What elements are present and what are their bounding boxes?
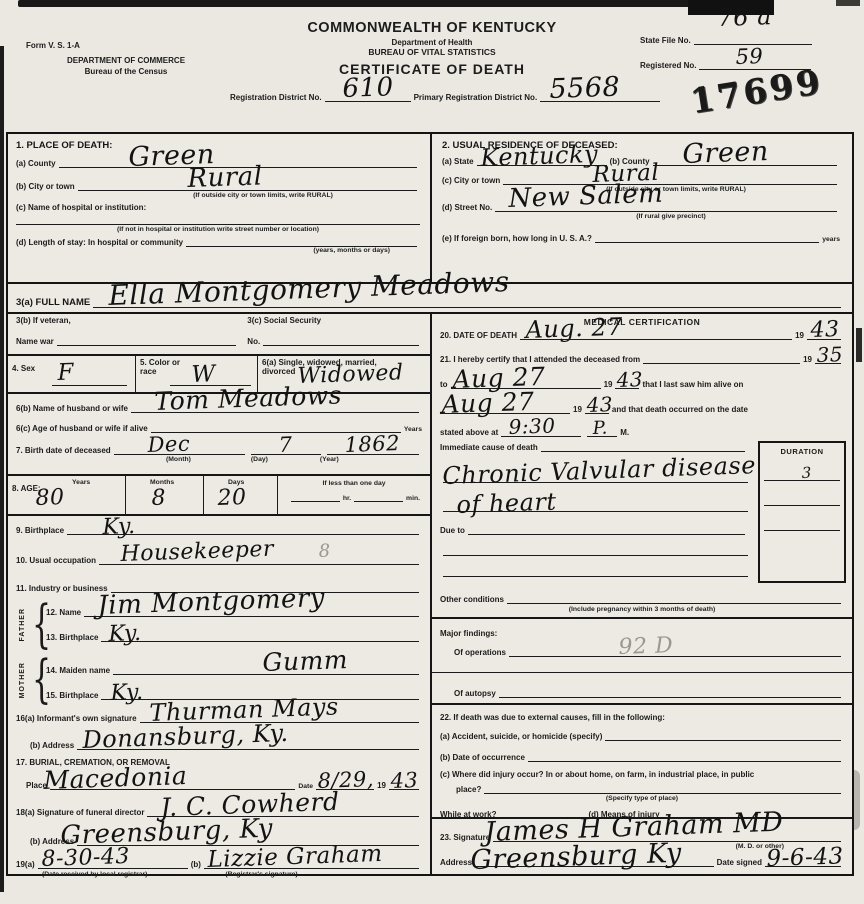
- burial-place-value: Macedonia: [43, 761, 188, 795]
- birth-month-field: Dec: [114, 444, 245, 455]
- file-number-stamp: 17699: [688, 62, 826, 122]
- father-brace-glyph: {: [32, 595, 51, 655]
- res-street-label: (d) Street No.: [442, 203, 492, 212]
- external-c-label-2: place?: [456, 785, 481, 794]
- burial-year-prefix: 19: [377, 781, 386, 790]
- pod-hospital-label: (c) Name of hospital or institution:: [16, 203, 420, 212]
- father-bp-row: 13. Birthplace Ky.: [46, 631, 422, 642]
- certify-ampm-value: P.: [593, 417, 609, 439]
- physician-addr-field: Greensburg Ky: [475, 856, 714, 867]
- external-c-note: (Specify type of place): [440, 795, 844, 802]
- age-months-cell: Months 8: [126, 476, 204, 514]
- full-name-row: 3(a) FULL NAME Ella Montgomery Meadows: [8, 282, 852, 314]
- res-foreign-unit: years: [822, 236, 840, 243]
- external-c-row: place?: [440, 783, 844, 794]
- birth-day-field: 7: [251, 444, 321, 455]
- mother-name-field: Gumm: [113, 664, 419, 675]
- age-min-field: [354, 491, 403, 502]
- dod-year-prefix: 19: [795, 331, 804, 340]
- birth-year-value: 1862: [344, 431, 400, 457]
- autopsy-label: Of autopsy: [454, 689, 496, 698]
- registered-no-label: Registered No.: [640, 61, 696, 70]
- cause-label-row: Immediate cause of death: [440, 441, 748, 452]
- occupation-value: Housekeeper: [120, 537, 274, 567]
- scan-artifact-right-smudge: [856, 328, 862, 362]
- registration-district-label: Registration District No.: [230, 93, 322, 102]
- pod-city-value: Rural: [187, 161, 263, 194]
- certify-ampm-field: P.: [587, 426, 617, 437]
- registration-district-value: 610: [342, 72, 394, 104]
- informant-addr-label: (b) Address: [30, 741, 74, 750]
- mother-side-gutter: MOTHER: [12, 654, 32, 706]
- mother-name-value: Gumm: [262, 645, 348, 677]
- duration-line-4: [764, 531, 840, 555]
- scan-artifact-top-bar: [18, 0, 768, 7]
- certificate-header: Form V. S. 1-A DEPARTMENT OF COMMERCE Bu…: [0, 8, 864, 132]
- veteran-label-2: Name war: [16, 337, 54, 346]
- department-of-commerce: DEPARTMENT OF COMMERCE: [26, 55, 226, 66]
- file-number-block: State File No. 76 a Registered No. 59 17…: [640, 34, 856, 84]
- spouse-age-unit: Years: [404, 426, 422, 433]
- res-county-value: Green: [681, 136, 768, 170]
- certify-time-field: 9:30: [501, 426, 581, 437]
- external-causes-block: 22. If death was due to external causes,…: [432, 705, 852, 819]
- major-findings-block: Major findings: Of operations 92 D: [432, 619, 852, 673]
- registrar-date-field: 8-30-43: [38, 858, 188, 869]
- pod-city-field: Rural: [78, 180, 417, 191]
- death-certificate-scan: Form V. S. 1-A DEPARTMENT OF COMMERCE Bu…: [0, 0, 864, 904]
- occupation-row: 10. Usual occupation Housekeeper 8: [8, 542, 430, 572]
- physician-signature-block: 23. Signature James H Graham MD (M. D. o…: [432, 819, 852, 874]
- top-sections: 1. PLACE OF DEATH: (a) County Green (b) …: [8, 134, 852, 282]
- occupation-label: 10. Usual occupation: [16, 556, 96, 565]
- age-years-label: Years: [72, 479, 90, 486]
- certify-time-value: 9:30: [508, 413, 556, 439]
- date-signed-field: 9-6-43: [765, 856, 841, 867]
- sex-cell: 4. Sex F: [8, 356, 136, 392]
- left-column: 3(b) If veteran, Name war 3(c) Social Se…: [8, 314, 432, 874]
- husband-row: 6(b) Name of husband or wife Tom Meadows: [8, 394, 430, 420]
- dod-value: Aug. 27: [525, 313, 623, 344]
- sub-year: (Year): [320, 456, 339, 463]
- registered-no-value: 59: [735, 44, 764, 69]
- certify-to-year-prefix: 19: [604, 380, 613, 389]
- father-side-gutter: FATHER: [12, 598, 32, 652]
- agency-block: Form V. S. 1-A DEPARTMENT OF COMMERCE Bu…: [26, 40, 226, 77]
- other-conditions-note: (Include pregnancy within 3 months of de…: [440, 606, 844, 613]
- place-of-death-section: 1. PLACE OF DEATH: (a) County Green (b) …: [8, 134, 432, 282]
- pod-stay-field: [186, 236, 417, 247]
- registrar-block: 19(a) 8-30-43 (b) Lizzie Graham (Date re…: [8, 848, 430, 880]
- pod-city-row: (b) City or town Rural: [16, 180, 420, 191]
- external-b-row: (b) Date of occurrence: [440, 751, 844, 762]
- res-state-label: (a) State: [442, 157, 474, 166]
- external-b-label: (b) Date of occurrence: [440, 753, 525, 762]
- husband-value: Tom Meadows: [154, 380, 342, 416]
- date-of-death-row: 20. DATE OF DEATH Aug. 27 19 43: [432, 327, 852, 351]
- occupation-inner: 10. Usual occupation Housekeeper 8: [16, 554, 422, 565]
- pod-hospital-field: [16, 212, 420, 225]
- registrar-num: 19(a): [16, 860, 35, 869]
- right-column: MEDICAL CERTIFICATION 20. DATE OF DEATH …: [432, 314, 852, 874]
- age-hr-label: hr.: [343, 495, 351, 502]
- due-to-row: Due to: [440, 524, 748, 535]
- pod-stay-row: (d) Length of stay: In hospital or commu…: [16, 236, 420, 247]
- res-foreign-field: [595, 232, 819, 243]
- res-foreign-row: (e) If foreign born, how long in U. S. A…: [442, 232, 840, 243]
- title-block: COMMONWEALTH OF KENTUCKY Department of H…: [230, 20, 634, 102]
- mother-side-label: MOTHER: [19, 662, 26, 698]
- external-title: 22. If death was due to external causes,…: [440, 713, 844, 722]
- bureau-of-census: Bureau of the Census: [26, 66, 226, 77]
- physician-addr-value: Greensburg Ky: [470, 838, 682, 876]
- res-street-row: (d) Street No. New Salem: [442, 201, 840, 212]
- veteran-label-1: 3(b) If veteran,: [16, 316, 239, 325]
- operations-field: 92 D: [509, 646, 841, 657]
- registrar-date-note: (Date received by local registrar): [42, 871, 147, 878]
- pod-hospital-note: (If not in hospital or institution write…: [16, 226, 420, 233]
- physician-addr-row: Address Greensburg Ky Date signed 9-6-43: [440, 856, 844, 867]
- registration-district-field: 610: [325, 91, 411, 102]
- age-hr-min-row: hr. min.: [282, 491, 426, 502]
- birth-date-inner: 7. Birth date of deceased Dec 7 1862: [16, 444, 422, 455]
- full-name-field: Ella Montgomery Meadows: [93, 293, 841, 308]
- commonwealth-title: COMMONWEALTH OF KENTUCKY: [230, 20, 634, 36]
- external-b-field: [528, 751, 841, 762]
- burial-year-value: 43: [390, 768, 419, 793]
- registrar-row: 19(a) 8-30-43 (b) Lizzie Graham: [16, 858, 422, 869]
- other-conditions-block: Other conditions (Include pregnancy with…: [432, 585, 852, 619]
- father-bp-label: 13. Birthplace: [46, 633, 98, 642]
- veteran-war-row: Name war: [16, 335, 239, 346]
- duration-value: 3: [801, 464, 812, 482]
- scan-artifact-top-right-dash: [836, 0, 860, 6]
- dod-label: 20. DATE OF DEATH: [440, 331, 517, 340]
- registrar-sig-field: Lizzie Graham: [204, 858, 419, 869]
- usual-residence-section: 2. USUAL RESIDENCE OF DECEASED: (a) Stat…: [432, 134, 852, 282]
- burial-place-row: Place Macedonia Date 8/29, 19 43: [16, 779, 422, 790]
- birth-date-label: 7. Birth date of deceased: [16, 446, 111, 455]
- full-name-label: 3(a) FULL NAME: [16, 297, 90, 308]
- autopsy-row: Of autopsy: [440, 687, 844, 698]
- certify-m-label: M.: [620, 428, 629, 437]
- birthplace-value: Ky.: [102, 514, 136, 540]
- place-of-death-title: 1. PLACE OF DEATH:: [16, 140, 420, 151]
- birth-year-field: 1862: [327, 444, 419, 455]
- dod-year-field: 43: [807, 329, 841, 340]
- certify-text-2: that I last saw him alive on: [642, 380, 743, 389]
- certificate-body: 1. PLACE OF DEATH: (a) County Green (b) …: [6, 132, 854, 876]
- pod-stay-label: (d) Length of stay: In hospital or commu…: [16, 238, 183, 247]
- certify-from-year-value: 35: [816, 342, 843, 367]
- dod-field: Aug. 27: [520, 329, 792, 340]
- registrar-sig-value: Lizzie Graham: [207, 841, 383, 873]
- husband-label: 6(b) Name of husband or wife: [16, 404, 128, 413]
- birth-month-value: Dec: [147, 432, 190, 457]
- physician-sig-label: 23. Signature: [440, 833, 490, 842]
- pod-stay-note: (years, months or days): [16, 247, 390, 254]
- certify-to-year-field: 43: [615, 378, 639, 389]
- bureau-vital-statistics: BUREAU OF VITAL STATISTICS: [230, 47, 634, 57]
- certify-to-label: to: [440, 380, 448, 389]
- registrar-b-label: (b): [191, 860, 201, 869]
- certify-line-3: Aug 27 19 43 and that death occurred on …: [440, 403, 844, 414]
- birthplace-label: 9. Birthplace: [16, 526, 64, 535]
- state-file-label: State File No.: [640, 36, 691, 45]
- sex-value: F: [57, 359, 74, 386]
- lower-columns: 3(b) If veteran, Name war 3(c) Social Se…: [8, 314, 852, 874]
- age-less-label: If less than one day: [282, 480, 426, 487]
- other-conditions-field: [507, 593, 841, 604]
- cause-label-line: [541, 441, 745, 452]
- birth-day-value: 7: [278, 433, 293, 457]
- occupation-field: Housekeeper 8: [99, 554, 419, 565]
- father-name-row: 12. Name Jim Montgomery: [46, 606, 422, 617]
- certify-seen-field: Aug 27: [440, 403, 570, 414]
- res-county-field: Green: [653, 155, 837, 166]
- informant-addr-value: Donansburg, Ky.: [82, 719, 289, 754]
- burial-year-field: 43: [389, 779, 419, 790]
- mother-bp-value: Ky.: [111, 680, 145, 706]
- age-hr-field: [291, 491, 340, 502]
- res-street-value: New Salem: [508, 179, 664, 214]
- res-state-value: Kentucky: [480, 140, 598, 172]
- date-signed-value: 9-6-43: [766, 843, 844, 872]
- primary-district-field: 5568: [540, 91, 660, 102]
- sex-label: 4. Sex: [12, 364, 35, 373]
- sex-field: [52, 385, 127, 386]
- informant-label: 16(a) Informant's own signature: [16, 714, 137, 723]
- other-conditions-row: Other conditions: [440, 593, 844, 604]
- duration-line-2: [764, 481, 840, 506]
- scan-artifact-left-bar: [0, 46, 4, 892]
- cause-line-2: of heart: [443, 499, 748, 512]
- burial-place-field: Macedonia: [50, 779, 295, 790]
- ssn-label-2: No.: [247, 337, 260, 346]
- birth-sublabels: (Month) (Day) (Year): [16, 456, 422, 463]
- funeral-director-field: J. C. Cowherd: [147, 806, 419, 817]
- external-c-field: [484, 783, 841, 794]
- autopsy-field: [499, 687, 841, 698]
- husband-field: Tom Meadows: [131, 402, 419, 413]
- autopsy-block: Of autopsy: [432, 673, 852, 705]
- spouse-age-inner: 6(c) Age of husband or wife if alive Yea…: [16, 422, 422, 433]
- medical-certification-title: MEDICAL CERTIFICATION: [432, 314, 852, 327]
- external-a-label: (a) Accident, suicide, or homicide (spec…: [440, 732, 602, 741]
- duration-line-1: 3: [764, 456, 840, 481]
- mother-name-row: 14. Maiden name Gumm: [46, 664, 422, 675]
- external-c-label-1: (c) Where did injury occur? In or about …: [440, 770, 844, 779]
- ssn-block: 3(c) Social Security No.: [239, 316, 422, 352]
- certify-seen-year-prefix: 19: [573, 405, 582, 414]
- certify-from-year-field: 35: [815, 353, 841, 364]
- birth-date-row: 7. Birth date of deceased Dec 7 1862 (Mo…: [8, 442, 430, 476]
- registered-no-row: Registered No. 59: [640, 59, 856, 70]
- registrar-sig-note: (Registrar's signature): [225, 871, 297, 878]
- veteran-war-field: [57, 335, 237, 346]
- pod-city-label: (b) City or town: [16, 182, 75, 191]
- res-state-field: Kentucky: [477, 155, 607, 166]
- veteran-block: 3(b) If veteran, Name war: [16, 316, 239, 352]
- operations-label: Of operations: [454, 648, 506, 657]
- res-foreign-label: (e) If foreign born, how long in U. S. A…: [442, 234, 592, 243]
- certify-from-field: [643, 353, 800, 364]
- date-signed-label: Date signed: [717, 858, 762, 867]
- due-blank-line-1: [443, 553, 748, 556]
- age-days-value: 20: [217, 485, 247, 511]
- father-fields: 12. Name Jim Montgomery 13. Birthplace K…: [46, 598, 422, 652]
- birthplace-field: Ky.: [67, 524, 419, 535]
- certify-text-3: and that death occurred on the date: [612, 405, 748, 414]
- due-to-label: Due to: [440, 526, 465, 535]
- mother-brace-glyph: {: [32, 650, 51, 710]
- age-years-value: 80: [35, 485, 65, 511]
- state-file-value: 76 a: [717, 2, 772, 32]
- due-blank-line-2: [443, 574, 748, 577]
- cause-block: DURATION 3 Immediate cause of death Chro: [432, 439, 852, 585]
- external-a-row: (a) Accident, suicide, or homicide (spec…: [440, 730, 844, 741]
- cause-value-2: of heart: [456, 488, 557, 519]
- age-row: 8. AGE: Years 80 Months 8 Days 20 If les…: [8, 476, 430, 516]
- mother-name-label: 14. Maiden name: [46, 666, 110, 675]
- dod-year-value: 43: [810, 317, 840, 343]
- age-days-cell: Days 20: [204, 476, 278, 514]
- certify-to-year-value: 43: [617, 367, 644, 392]
- sub-month: (Month): [166, 456, 191, 463]
- department-of-health: Department of Health: [230, 38, 634, 47]
- ssn-label-1: 3(c) Social Security: [247, 316, 422, 325]
- duration-label: DURATION: [760, 443, 844, 456]
- birthplace-inner: 9. Birthplace Ky.: [16, 524, 422, 535]
- father-name-field: Jim Montgomery: [84, 606, 419, 617]
- mother-brace: {: [32, 654, 46, 706]
- occupation-pencil-mark: 8: [318, 541, 331, 562]
- spouse-age-label: 6(c) Age of husband or wife if alive: [16, 424, 148, 433]
- age-months-value: 8: [151, 486, 166, 511]
- external-a-field: [605, 730, 841, 741]
- physician-addr-label: Address: [440, 858, 472, 867]
- primary-district-label: Primary Registration District No.: [414, 93, 538, 102]
- res-street-note: (If rural give precinct): [502, 213, 840, 220]
- age-less-cell: If less than one day hr. min.: [278, 476, 430, 514]
- funeral-director-label: 18(a) Signature of funeral director: [16, 808, 144, 817]
- father-bp-value: Ky.: [109, 621, 143, 647]
- form-number: Form V. S. 1-A: [26, 40, 226, 51]
- informant-addr-row: (b) Address Donansburg, Ky.: [16, 739, 422, 750]
- dod-inner: 20. DATE OF DEATH Aug. 27 19 43: [440, 329, 844, 340]
- operations-row: Of operations 92 D: [440, 646, 844, 657]
- informant-block: 16(a) Informant's own signature Thurman …: [8, 706, 430, 754]
- certify-line-4: stated above at 9:30 P. M.: [440, 426, 844, 437]
- res-city-label: (c) City or town: [442, 176, 500, 185]
- certify-seen-year-field: 43: [585, 403, 609, 414]
- cause-label: Immediate cause of death: [440, 443, 538, 452]
- certify-seen-year-value: 43: [586, 392, 613, 417]
- industry-label: 11. Industry or business: [16, 584, 108, 593]
- res-street-field: New Salem: [495, 201, 837, 212]
- state-file-row: State File No. 76 a: [640, 34, 856, 45]
- duration-box: DURATION 3: [758, 441, 846, 583]
- pod-city-note: (If outside city or town limits, write R…: [106, 192, 420, 199]
- primary-district-value: 5568: [549, 72, 621, 105]
- age-years-cell: 8. AGE: Years 80: [8, 476, 126, 514]
- father-name-label: 12. Name: [46, 608, 81, 617]
- age-min-label: min.: [406, 495, 420, 502]
- certify-stated-label: stated above at: [440, 428, 498, 437]
- cause-line-1: Chronic Valvular disease: [443, 470, 748, 483]
- mother-bp-label: 15. Birthplace: [46, 691, 98, 700]
- ssn-field: [263, 335, 419, 346]
- state-file-field: [694, 34, 812, 45]
- operations-pencil-mark: 92 D: [618, 633, 673, 660]
- sub-day: (Day): [251, 456, 268, 463]
- ssn-no-row: No.: [247, 335, 422, 346]
- husband-row-inner: 6(b) Name of husband or wife Tom Meadows: [16, 402, 422, 413]
- pod-county-label: (a) County: [16, 159, 56, 168]
- father-bp-field: Ky.: [101, 631, 419, 642]
- certify-block: 21. I hereby certify that I attended the…: [432, 351, 852, 439]
- veteran-ssn-row: 3(b) If veteran, Name war 3(c) Social Se…: [8, 314, 430, 356]
- registrar-date-value: 8-30-43: [41, 844, 130, 872]
- registration-district-line: Registration District No. 610 Primary Re…: [230, 91, 634, 102]
- father-side-label: FATHER: [19, 608, 26, 641]
- informant-addr-field: Donansburg, Ky.: [77, 739, 419, 750]
- due-to-line: [468, 524, 745, 535]
- duration-line-3: [764, 506, 840, 531]
- certify-from-year-prefix: 19: [803, 355, 812, 364]
- father-block: FATHER { 12. Name Jim Montgomery: [8, 596, 430, 652]
- cause-value-1: Chronic Valvular disease: [442, 451, 756, 490]
- father-brace: {: [32, 598, 46, 652]
- other-conditions-label: Other conditions: [440, 595, 504, 604]
